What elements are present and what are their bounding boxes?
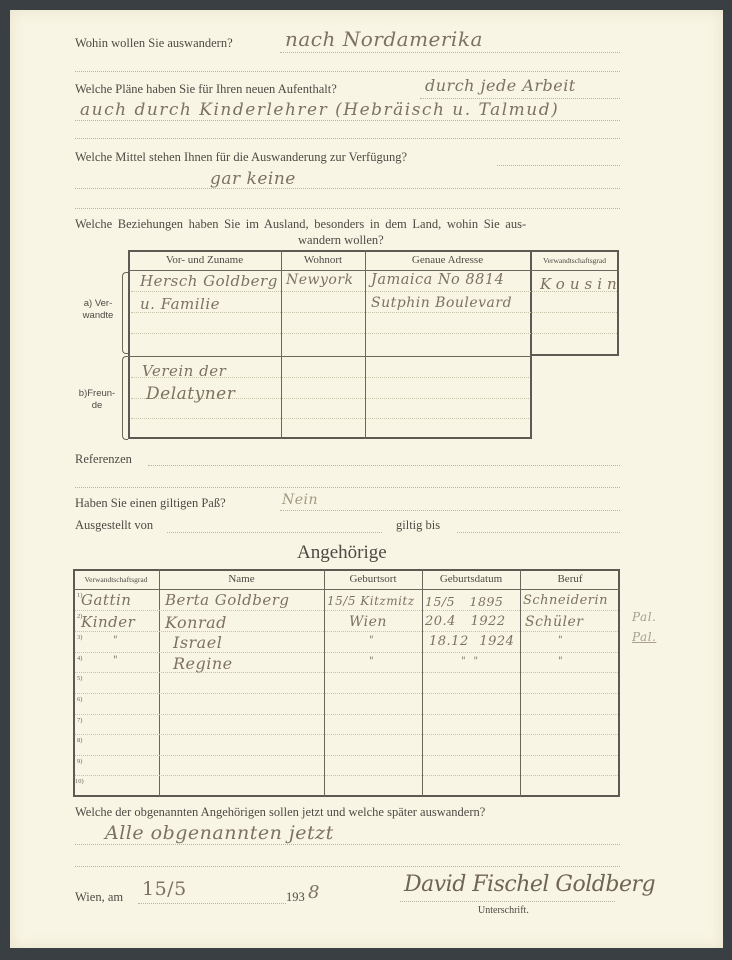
member-2-relation[interactable]: Kinder: [81, 613, 135, 631]
means-line-3: [75, 208, 620, 209]
emigrate-when-answer[interactable]: Alle obgenannten jetzt: [105, 822, 334, 844]
signature[interactable]: David Fischel Goldberg: [404, 872, 655, 897]
relative-2-name[interactable]: u. Familie: [140, 295, 220, 313]
emigrate-when-line: [75, 844, 620, 845]
row-number: 9): [77, 758, 82, 765]
header-birthdate: Geburtsdatum: [422, 573, 520, 585]
plans-line: [420, 98, 620, 99]
references-label: Referenzen: [75, 452, 132, 467]
family-table: Verwandtschaftsgrad Name Geburtsort Gebu…: [73, 569, 620, 797]
header-name: Name: [159, 573, 324, 585]
plans-line-2: [75, 120, 620, 121]
header-name: Vor- und Zuname: [128, 254, 281, 266]
member-4-relation[interactable]: ": [113, 655, 118, 666]
emigrate-when-label: Welche der obgenannten Angehörigen solle…: [75, 805, 485, 820]
member-3-birthplace[interactable]: ": [369, 635, 374, 646]
family-section-title: Angehörige: [297, 542, 387, 564]
member-4-name[interactable]: Regine: [173, 654, 233, 673]
member-1-birthdate[interactable]: 15/5 1895: [425, 594, 503, 609]
date-value[interactable]: 15/5: [142, 878, 187, 900]
references-line-2: [75, 487, 620, 488]
member-1-name[interactable]: Berta Goldberg: [165, 591, 289, 609]
friends-side-label: b)Freun- de: [76, 388, 118, 412]
member-3-relation[interactable]: ": [113, 635, 118, 646]
member-2-name[interactable]: Konrad: [165, 613, 227, 632]
date-line: [138, 903, 286, 904]
relatives-brace: [122, 272, 128, 354]
plans-line-3: [75, 138, 620, 139]
means-line-2: [75, 188, 620, 189]
destination-line-2: [75, 71, 620, 72]
member-3-name[interactable]: Israel: [173, 633, 222, 652]
means-line: [497, 165, 620, 166]
row-number: 4): [77, 655, 82, 662]
member-3-occupation[interactable]: ": [558, 635, 563, 646]
relations-label-line1: Welche Beziehungen haben Sie im Ausland,…: [75, 217, 526, 232]
header-relation: Verwandtschaftsgrad: [73, 575, 159, 584]
friend-2-name[interactable]: Delatyner: [146, 384, 235, 404]
margin-note-1: Pal.: [632, 610, 656, 624]
friends-brace: [122, 356, 128, 440]
valid-until-label: giltig bis: [396, 518, 440, 533]
member-1-occupation[interactable]: Schneiderin: [523, 593, 608, 608]
member-4-birthplace[interactable]: ": [369, 656, 374, 667]
year-suffix[interactable]: 8: [308, 882, 320, 903]
signature-line: [400, 901, 615, 902]
member-2-occupation[interactable]: Schüler: [525, 614, 583, 630]
header-relation: Verwandtschaftsgrad: [530, 256, 619, 265]
member-4-birthdate[interactable]: " ": [461, 656, 479, 667]
relations-label-line2: wandern wollen?: [298, 233, 384, 248]
plans-answer-line2[interactable]: auch durch Kinderlehrer (Hebräisch u. Ta…: [80, 100, 559, 120]
valid-until-line: [457, 532, 620, 533]
margin-note-2: Pal.: [632, 630, 656, 644]
relative-2-address[interactable]: Sutphin Boulevard: [371, 295, 512, 311]
passport-answer[interactable]: Nein: [282, 492, 318, 508]
passport-line: [280, 510, 620, 511]
emigrate-when-line-2: [75, 866, 620, 867]
destination-answer[interactable]: nach Nordamerika: [285, 27, 483, 51]
destination-line: [280, 52, 620, 53]
row-number: 3): [77, 634, 82, 641]
relative-1-address[interactable]: Jamaica No 8814: [371, 272, 504, 288]
issued-by-line: [167, 532, 382, 533]
member-1-birthplace[interactable]: 15/5 Kitzmitz: [327, 594, 415, 608]
header-residence: Wohnort: [281, 254, 365, 266]
member-1-relation[interactable]: Gattin: [81, 591, 131, 609]
row-number: 7): [77, 717, 82, 724]
member-4-occupation[interactable]: ": [558, 656, 563, 667]
relation-column-frame: [530, 250, 619, 356]
place-label: Wien, am: [75, 890, 123, 905]
plans-label: Welche Pläne haben Sie für Ihren neuen A…: [75, 82, 337, 97]
issued-by-label: Ausgestellt von: [75, 518, 153, 533]
relative-1-city[interactable]: Newyork: [286, 272, 354, 288]
means-label: Welche Mittel stehen Ihnen für die Auswa…: [75, 150, 407, 165]
relatives-side-label: a) Ver- wandte: [78, 298, 118, 322]
row-number: 6): [77, 696, 82, 703]
relative-1-name[interactable]: Hersch Goldberg: [140, 272, 278, 290]
references-line: [148, 465, 620, 466]
row-number: 10): [75, 778, 84, 785]
member-2-birthdate[interactable]: 20.4 1922: [425, 614, 506, 629]
plans-answer-line1[interactable]: durch jede Arbeit: [425, 76, 576, 95]
member-2-birthplace[interactable]: Wien: [349, 614, 387, 630]
destination-label: Wohin wollen Sie auswandern?: [75, 36, 233, 51]
passport-label: Haben Sie einen giltigen Paß?: [75, 496, 226, 511]
header-birthplace: Geburtsort: [324, 573, 422, 585]
row-number: 5): [77, 675, 82, 682]
header-address: Genaue Adresse: [365, 254, 530, 266]
member-3-birthdate[interactable]: 18.12 1924: [429, 634, 514, 649]
row-number: 8): [77, 737, 82, 744]
emigration-form-page: Wohin wollen Sie auswandern? nach Nordam…: [10, 10, 723, 948]
header-occupation: Beruf: [520, 573, 620, 585]
friend-1-name[interactable]: Verein der: [142, 362, 226, 380]
signature-label: Unterschrift.: [478, 905, 529, 916]
year-prefix: 193: [286, 890, 305, 905]
relative-1-relation[interactable]: Kousin: [540, 275, 622, 293]
means-answer[interactable]: gar keine: [210, 169, 296, 189]
